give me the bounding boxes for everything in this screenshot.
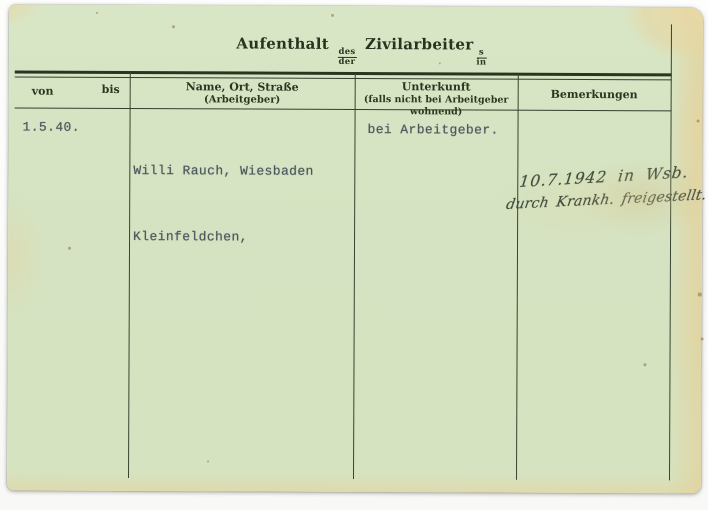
foxing-speck [643,363,646,366]
entry-unterkunft: bei Arbeitgeber. [367,119,498,142]
foxing-speck [68,247,71,250]
column-header-unterkunft-sub: (falls nicht bei Arbeitgeber wohnend) [355,94,518,118]
entry-name-line2: Kleinfeldchen, [133,226,314,249]
title-word-aufenthalt: Aufenthalt [236,34,329,52]
column-header-name: Name, Ort, Straße (Arbeitgeber) [130,80,355,107]
title-fraction-des-der: desder [337,48,356,68]
foxing-speck [331,14,334,17]
column-header-bis: bis [91,83,131,97]
column-divider-unterkunft-bemerkungen [516,74,519,480]
column-header-unterkunft: Unterkunft (falls nicht bei Arbeitgeber … [355,80,518,118]
entry-name-line1: Willi Rauch, Wiesbaden [133,160,314,183]
paper-stain [578,157,708,238]
column-divider-bis-name [128,72,131,478]
foxing-speck [698,292,702,296]
title-word-zivilarbeiter: Zivilarbeiter [365,35,473,53]
scan-background: Aufenthalt desder Zivilarbeitersin von b… [0,0,708,510]
foxing-speck [697,119,700,122]
foxing-speck [172,25,175,28]
registration-card: Aufenthalt desder Zivilarbeitersin von b… [7,4,703,493]
entry-name-address: Willi Rauch, Wiesbaden Kleinfeldchen, [133,116,314,293]
foxing-speck [96,12,98,14]
column-header-unterkunft-main: Unterkunft [355,80,518,94]
column-header-name-sub: (Arbeitgeber) [130,94,355,107]
column-header-von: von [23,85,63,99]
foxing-speck [701,338,704,341]
header-bottom-rule [15,108,672,112]
column-header-name-main: Name, Ort, Straße [130,80,355,95]
header-double-rule-thin [15,76,672,80]
column-divider-name-unterkunft [353,73,356,479]
column-header-bemerkungen: Bemerkungen [518,88,671,102]
title-fraction-s-in: sin [476,49,486,69]
foxing-speck [439,62,441,64]
entry-von-date: 1.5.40. [22,117,80,139]
foxing-speck [207,460,209,462]
card-title: Aufenthalt desder Zivilarbeitersin [9,33,703,69]
header-double-rule-thick [15,71,672,76]
